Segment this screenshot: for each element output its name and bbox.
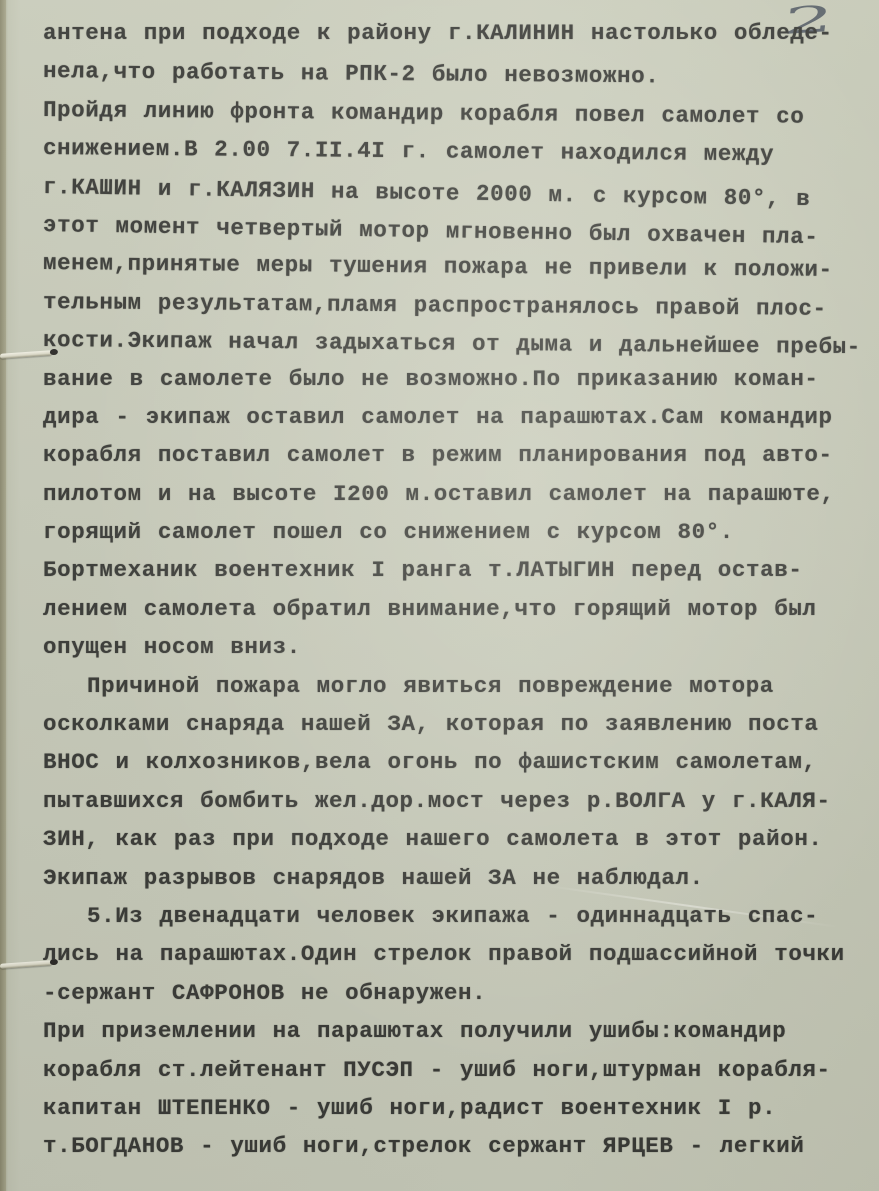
text-line: т.БОГДАНОВ - ушиб ноги,стрелок сержант Я…: [43, 1127, 873, 1165]
text-line: -сержант САФРОНОВ не обнаружен.: [43, 974, 873, 1012]
typewritten-text: антена при подходе к району г.КАЛИНИН на…: [43, 14, 873, 1166]
text-line: горящий самолет пошел со снижением с кур…: [43, 513, 873, 551]
text-line: ВНОС и колхозников,вела огонь по фашистс…: [43, 743, 873, 781]
text-line: Бортмеханик воентехник I ранга т.ЛАТЫГИН…: [43, 551, 873, 589]
text-line: капитан ШТЕПЕНКО - ушиб ноги,радист воен…: [43, 1089, 873, 1127]
text-line: снижением.В 2.00 7.II.4I г. самолет нахо…: [43, 129, 873, 175]
text-line: лись на парашютах.Один стрелок правой по…: [43, 935, 873, 973]
document-page: 2 антена при подходе к району г.КАЛИНИН …: [0, 0, 879, 1191]
text-line: дира - экипаж оставил самолет на парашют…: [43, 398, 873, 436]
text-line: пытавшихся бомбить жел.дор.мост через р.…: [43, 782, 873, 820]
text-line: антена при подходе к району г.КАЛИНИН на…: [43, 14, 873, 52]
text-line: корабля ст.лейтенант ПУСЭП - ушиб ноги,ш…: [43, 1051, 873, 1089]
text-line: ЗИН, как раз при подходе нашего самолета…: [43, 820, 873, 858]
binding-edge: [0, 0, 6, 1191]
text-line: осколками снаряда нашей ЗА, которая по з…: [43, 705, 873, 743]
text-line: 5.Из двенадцати человек экипажа - одинна…: [43, 897, 873, 935]
text-line: Экипаж разрывов снарядов нашей ЗА не наб…: [43, 859, 873, 897]
text-line: Причиной пожара могло явиться повреждени…: [43, 667, 873, 705]
text-line: корабля поставил самолет в режим планиро…: [43, 436, 873, 474]
text-line: пилотом и на высоте I200 м.оставил самол…: [43, 475, 873, 513]
text-line: опущен носом вниз.: [43, 628, 873, 666]
text-line: При приземлении на парашютах получили уш…: [43, 1012, 873, 1050]
text-line: лением самолета обратил внимание,что гор…: [43, 590, 873, 628]
text-line: кости.Экипаж начал задыхаться от дыма и …: [43, 321, 873, 367]
